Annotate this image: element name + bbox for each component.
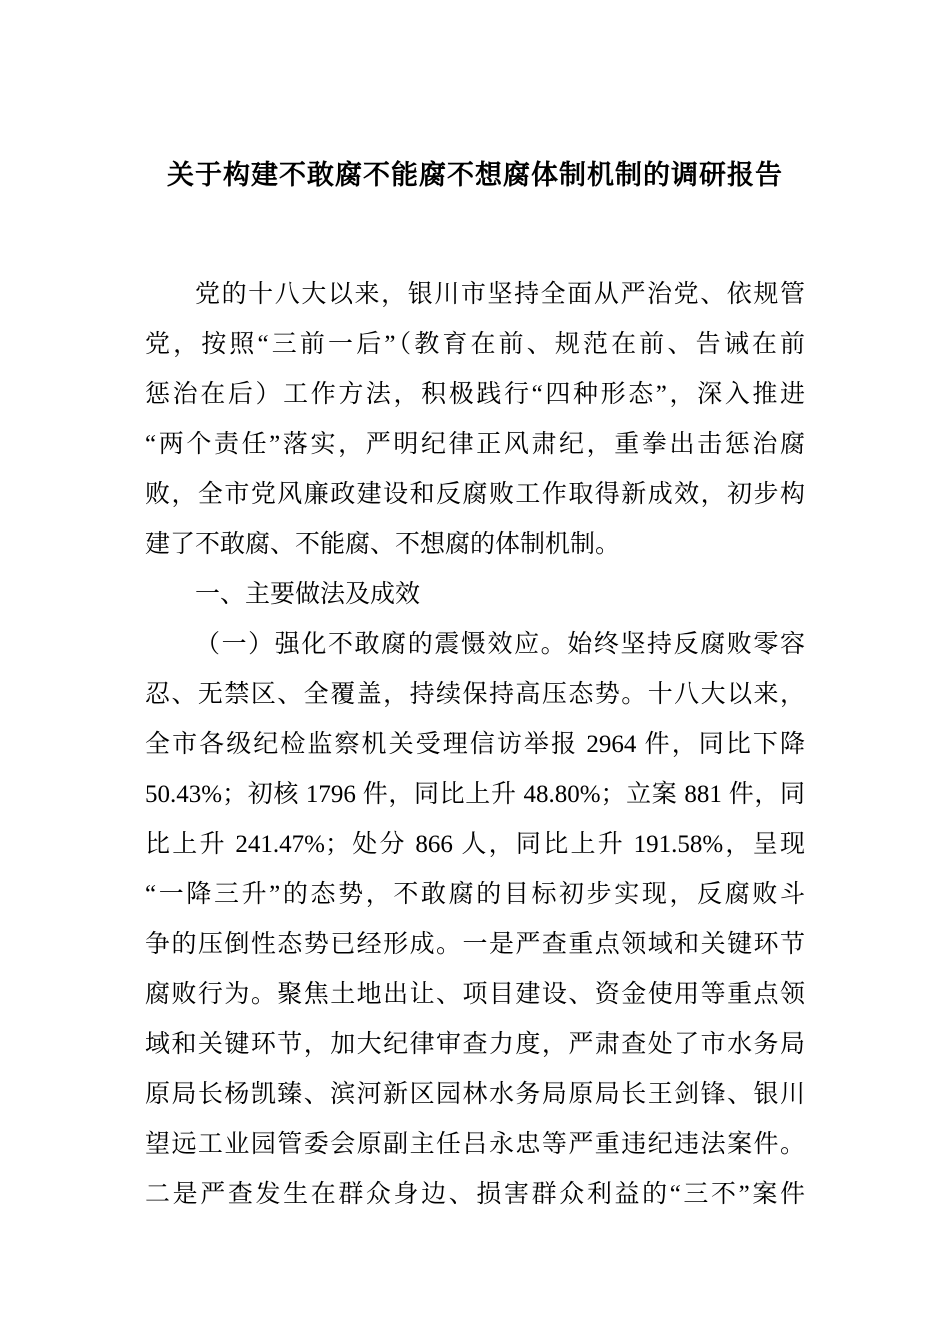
text-line: 党的十八大以来，银川市坚持全面从严治党、依规管 [145,270,805,320]
document-page: 关于构建不敢腐不能腐不想腐体制机制的调研报告 党的十八大以来，银川市坚持全面从严… [0,0,950,1344]
document-title: 关于构建不敢腐不能腐不想腐体制机制的调研报告 [145,0,805,200]
text-line: 域和关键环节，加大纪律审查力度，严肃查处了市水务局 [145,1020,805,1070]
text-line: 原局长杨凯臻、滨河新区园林水务局原局长王剑锋、银川 [145,1070,805,1120]
text-line: 50.43%；初核 1796 件，同比上升 48.80%；立案 881 件，同 [145,770,805,820]
text-line: （一）强化不敢腐的震慑效应。始终坚持反腐败零容 [145,620,805,670]
text-line: 全市各级纪检监察机关受理信访举报 2964 件，同比下降 [145,720,805,770]
text-line: 比上升 241.47%；处分 866 人，同比上升 191.58%，呈现 [145,820,805,870]
text-line: “两个责任”落实，严明纪律正风肃纪，重拳出击惩治腐 [145,420,805,470]
text-line: 党，按照“三前一后”（教育在前、规范在前、告诫在前 [145,320,805,370]
section-heading-line: 一、主要做法及成效 [145,570,805,620]
text-line: 腐败行为。聚焦土地出让、项目建设、资金使用等重点领 [145,970,805,1020]
text-line: 二是严查发生在群众身边、损害群众利益的“三不”案件 [145,1170,805,1220]
text-line: 争的压倒性态势已经形成。一是严查重点领域和关键环节 [145,920,805,970]
text-line: 忍、无禁区、全覆盖，持续保持高压态势。十八大以来， [145,670,805,720]
text-line: 败，全市党风廉政建设和反腐败工作取得新成效，初步构 [145,470,805,520]
text-line: 望远工业园管委会原副主任吕永忠等严重违纪违法案件。 [145,1120,805,1170]
text-line: 建了不敢腐、不能腐、不想腐的体制机制。 [145,520,805,570]
text-line: 惩治在后）工作方法，积极践行“四种形态”，深入推进 [145,370,805,420]
text-line: “一降三升”的态势，不敢腐的目标初步实现，反腐败斗 [145,870,805,920]
document-body: 党的十八大以来，银川市坚持全面从严治党、依规管 党，按照“三前一后”（教育在前、… [145,270,805,1220]
